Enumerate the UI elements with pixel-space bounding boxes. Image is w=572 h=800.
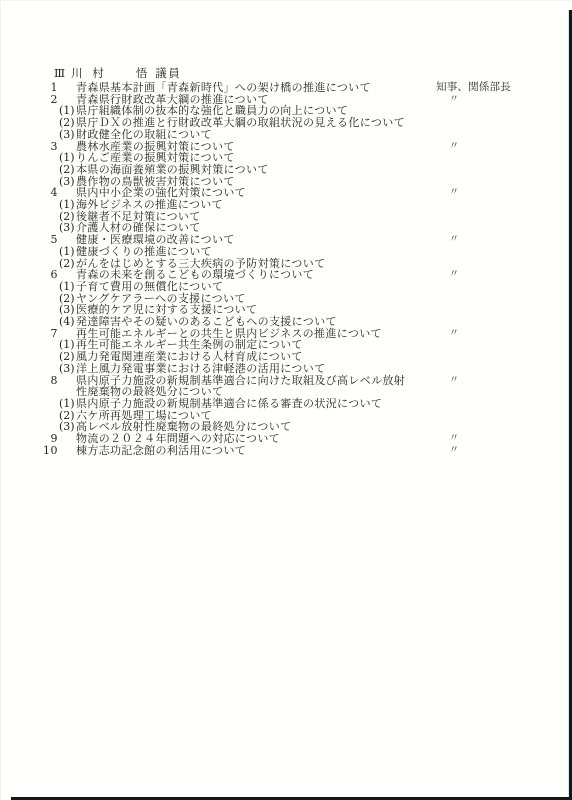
question-number: 2 xyxy=(1,94,58,106)
answerer-label: 〃 xyxy=(423,269,519,281)
answerer-spacer xyxy=(423,246,519,258)
question-number-spacer xyxy=(1,105,58,117)
sub-question-label: (2) xyxy=(58,164,76,176)
sub-question-title: 発達障害やその疑いのあるこどもへの支援について xyxy=(76,316,423,328)
question-number-spacer xyxy=(1,351,58,363)
question-row-main: 10 棟方志功記念館の利活用について 〃 xyxy=(1,445,541,457)
sub-label-spacer xyxy=(58,433,76,445)
question-row-sub: (4) 発達障害やその疑いのあるこどもへの支援について xyxy=(1,316,541,328)
sub-question-label: (3) xyxy=(58,363,76,375)
question-number-spacer xyxy=(1,152,58,164)
answerer-spacer xyxy=(423,316,519,328)
answerer-spacer xyxy=(423,398,519,410)
question-number-spacer xyxy=(1,398,58,410)
answerer-spacer xyxy=(423,293,519,305)
question-number-spacer xyxy=(1,258,58,270)
answerer-label: 〃 xyxy=(423,445,519,457)
answerer-spacer xyxy=(423,339,519,351)
question-number: 1 xyxy=(1,82,58,94)
question-number-spacer xyxy=(1,363,58,375)
question-number: 4 xyxy=(1,187,58,199)
answerer-spacer xyxy=(423,129,519,141)
member-name: 川 村 悟 xyxy=(71,66,150,80)
question-number-spacer xyxy=(1,246,58,258)
question-row-sub: (1) 健康づくりの推進について xyxy=(1,246,541,258)
sub-question-title: 健康づくりの推進について xyxy=(76,246,423,258)
answerer-label: 〃 xyxy=(423,141,519,153)
sub-question-label: (1) xyxy=(58,246,76,258)
question-number: 6 xyxy=(1,269,58,281)
answerer-spacer xyxy=(423,363,519,375)
answerer-spacer xyxy=(423,281,519,293)
question-title: 青森県基本計画「青森新時代」への架け橋の推進について xyxy=(76,82,423,94)
scanned-document-page: { "colors": { "paper": "#fffffe", "ink":… xyxy=(0,0,572,800)
question-number-spacer xyxy=(1,222,58,234)
question-number-spacer xyxy=(1,293,58,305)
section-number: Ⅲ xyxy=(54,66,68,80)
sub-question-title: 海外ビジネスの推進について xyxy=(76,199,423,211)
member-title: 議員 xyxy=(155,66,181,80)
answerer-label: 〃 xyxy=(423,375,519,398)
answerer-spacer xyxy=(423,199,519,211)
question-number-spacer xyxy=(1,281,58,293)
question-number-spacer xyxy=(1,176,58,188)
answerer-label: 〃 xyxy=(423,433,519,445)
question-number: 7 xyxy=(1,328,58,340)
answerer-spacer xyxy=(423,105,519,117)
answerer-spacer xyxy=(423,222,519,234)
sub-question-title: 子育て費用の無償化について xyxy=(76,281,423,293)
question-number: 10 xyxy=(1,445,58,457)
sub-question-label: (3) xyxy=(58,421,76,433)
sub-label-spacer xyxy=(58,445,76,457)
answerer-spacer xyxy=(423,176,519,188)
question-list: 1 青森県基本計画「青森新時代」への架け橋の推進について 知事、関係部長 2 青… xyxy=(1,82,541,457)
sub-question-label: (1) xyxy=(58,199,76,211)
question-row-main: 1 青森県基本計画「青森新時代」への架け橋の推進について 知事、関係部長 xyxy=(1,82,541,94)
question-number: 3 xyxy=(1,141,58,153)
member-heading: Ⅲ川 村 悟議員 xyxy=(54,65,181,81)
sub-label-spacer xyxy=(58,375,76,398)
answerer-label: 知事、関係部長 xyxy=(423,82,519,94)
answerer-spacer xyxy=(423,258,519,270)
question-number-spacer xyxy=(1,339,58,351)
question-number-spacer xyxy=(1,211,58,223)
sub-question-title: 財政健全化の取組について xyxy=(76,129,423,141)
answerer-spacer xyxy=(423,410,519,422)
question-number-spacer xyxy=(1,117,58,129)
question-number-spacer xyxy=(1,304,58,316)
question-number-spacer xyxy=(1,129,58,141)
question-number-spacer xyxy=(1,164,58,176)
question-number: 5 xyxy=(1,234,58,246)
answerer-label: 〃 xyxy=(423,328,519,340)
question-row-sub: (2) 本県の海面養殖業の振興対策について xyxy=(1,164,541,176)
answerer-spacer xyxy=(423,351,519,363)
answerer-label: 〃 xyxy=(423,94,519,106)
question-number-spacer xyxy=(1,421,58,433)
answerer-spacer xyxy=(423,152,519,164)
sub-question-label: (2) xyxy=(58,258,76,270)
sub-question-title: 本県の海面養殖業の振興対策について xyxy=(76,164,423,176)
sub-question-label: (3) xyxy=(58,222,76,234)
question-row-sub: (1) 県内原子力施設の新規制基準適合に係る審査の状況について xyxy=(1,398,541,410)
answerer-spacer xyxy=(423,164,519,176)
answerer-label: 〃 xyxy=(423,234,519,246)
question-number: 8 xyxy=(1,375,58,398)
question-row-main: 8 県内原子力施設の新規制基準適合に向けた取組及び高レベル放射 性廃棄物の最終処… xyxy=(1,375,541,398)
sub-question-label: (4) xyxy=(58,316,76,328)
answerer-spacer xyxy=(423,421,519,433)
question-row-sub: (1) 子育て費用の無償化について xyxy=(1,281,541,293)
sub-question-label: (3) xyxy=(58,129,76,141)
question-number-spacer xyxy=(1,316,58,328)
question-number-spacer xyxy=(1,199,58,211)
question-title: 県内原子力施設の新規制基準適合に向けた取組及び高レベル放射 性廃棄物の最終処分に… xyxy=(76,375,423,398)
document-page: Ⅲ川 村 悟議員 1 青森県基本計画「青森新時代」への架け橋の推進について 知事… xyxy=(0,0,572,800)
sub-question-title: 県内原子力施設の新規制基準適合に係る審査の状況について xyxy=(76,398,423,410)
question-row-sub: (3) 洋上風力発電事業における津軽港の活用について xyxy=(1,363,541,375)
question-title: 棟方志功記念館の利活用について xyxy=(76,445,423,457)
question-row-sub: (3) 財政健全化の取組について xyxy=(1,129,541,141)
question-row-sub: (1) 海外ビジネスの推進について xyxy=(1,199,541,211)
sub-question-label: (1) xyxy=(58,281,76,293)
sub-label-spacer xyxy=(58,82,76,94)
answerer-label: 〃 xyxy=(423,187,519,199)
question-number-spacer xyxy=(1,410,58,422)
sub-question-label: (3) xyxy=(58,176,76,188)
answerer-spacer xyxy=(423,117,519,129)
sub-question-label: (1) xyxy=(58,398,76,410)
answerer-spacer xyxy=(423,304,519,316)
sub-question-title: 洋上風力発電事業における津軽港の活用について xyxy=(76,363,423,375)
answerer-spacer xyxy=(423,211,519,223)
